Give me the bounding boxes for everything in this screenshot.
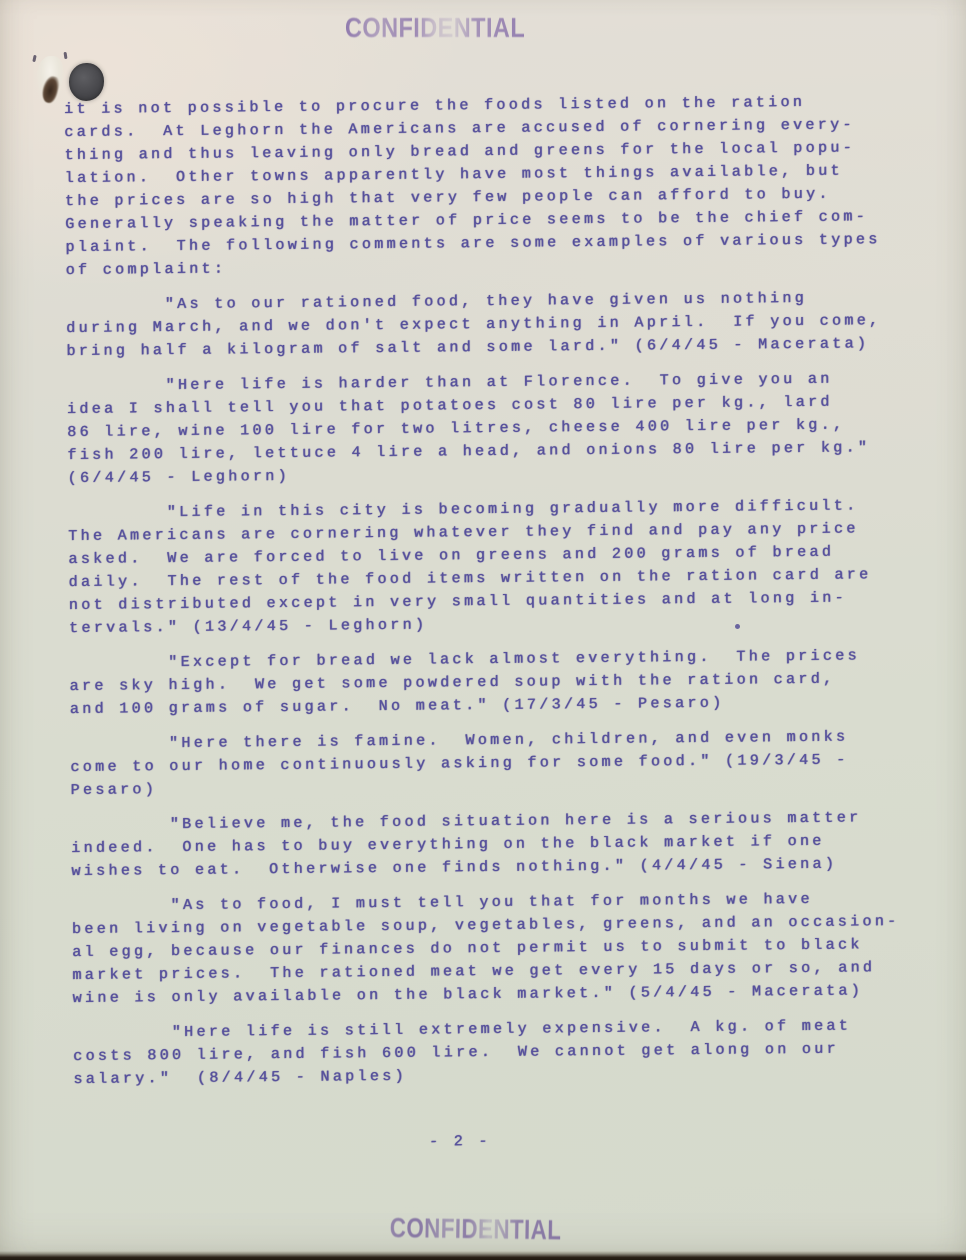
paragraph-intro: it is not possible to procure the foods … [64,90,914,282]
paragraph-quote-pesaro-1: "Except for bread we lack almost everyth… [69,644,918,721]
paragraph-quote-macerata-1: "As to our rationed food, they have give… [66,286,915,363]
scan-edge-shadow [0,1251,966,1260]
paragraph-quote-siena: "Believe me, the food situation here is … [71,806,920,883]
paragraph-quote-leghorn-2: "Life in this city is becoming gradually… [68,494,917,640]
scanned-document-page: CONFIDENTIAL it is not possible to procu… [0,0,966,1260]
paragraph-quote-macerata-2: "As to food, I must tell you that for mo… [72,887,921,1010]
typewritten-text-block: it is not possible to procure the foods … [64,90,922,1157]
pen-tick-mark [64,52,68,59]
paragraph-quote-naples: "Here life is still extremely expensive.… [73,1014,922,1091]
pen-tick-mark [32,55,36,62]
paragraph-quote-leghorn-1: "Here life is harder than at Florence. T… [67,367,916,490]
confidential-stamp-top: CONFIDENTIAL [345,12,525,44]
ink-speck [735,624,740,629]
hole-punch [69,63,104,101]
paragraph-quote-pesaro-2: "Here there is famine. Women, children, … [70,725,919,802]
confidential-stamp-bottom: CONFIDENTIAL [390,1212,562,1246]
page-number: - 2 - [429,1126,922,1154]
